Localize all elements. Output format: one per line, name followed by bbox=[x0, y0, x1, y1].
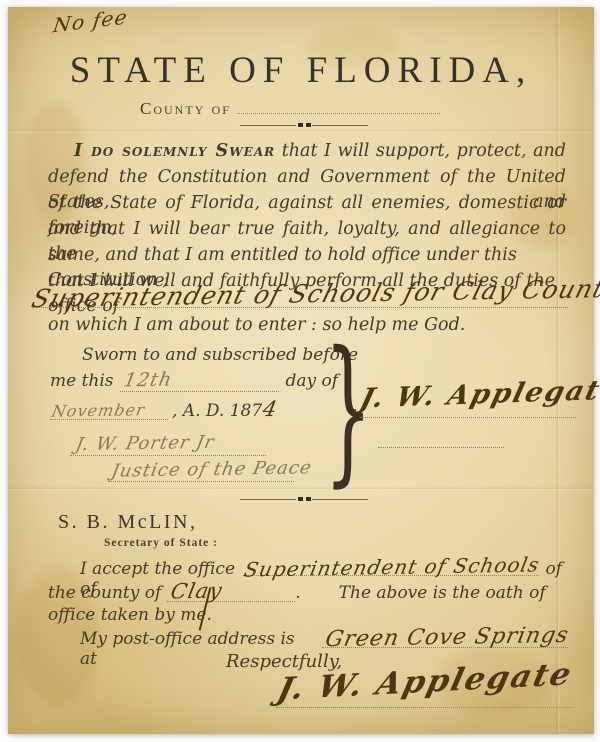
officer-signature: J. W. Porter Jr bbox=[74, 434, 216, 454]
acceptance-line-3: office taken by me. bbox=[48, 605, 212, 625]
day-entry: 12th bbox=[122, 371, 174, 391]
signature-blank-line bbox=[378, 435, 504, 448]
county-pre-label: the county of bbox=[48, 583, 161, 603]
county-line: County of bbox=[140, 95, 440, 119]
county-post-label: The above is the oath of bbox=[339, 583, 546, 603]
county-of-label: County of bbox=[140, 99, 231, 119]
county-blank-line bbox=[237, 95, 440, 114]
document-title: STATE OF FLORIDA, bbox=[8, 49, 594, 92]
address-blank: Green Cove Springs bbox=[322, 625, 568, 648]
divider-dot bbox=[298, 497, 303, 501]
final-signature: J. W. Applegate bbox=[274, 659, 575, 705]
divider-rule bbox=[312, 499, 368, 500]
me-this-label: me this bbox=[50, 371, 114, 391]
jurat-line-1: Sworn to and subscribed before bbox=[82, 345, 358, 365]
year-printed-label: , A. D. 187 bbox=[172, 401, 262, 421]
accept-post-label: of bbox=[545, 559, 562, 579]
office-written-entry: Superintendent of Schools for Clay Count… bbox=[29, 276, 600, 311]
month-blank-line: November bbox=[50, 399, 168, 420]
county-blank: Clay bbox=[167, 581, 295, 602]
day-blank-line: 12th bbox=[120, 371, 280, 392]
divider-rule bbox=[312, 125, 368, 126]
officer-title: Justice of the Peace bbox=[110, 459, 314, 480]
fold-crease bbox=[8, 129, 594, 133]
divider-rule bbox=[240, 499, 296, 500]
ornament-divider bbox=[240, 123, 368, 127]
divider-rule bbox=[240, 125, 296, 126]
final-signature-line: J. W. Applegate bbox=[276, 663, 572, 708]
oath-lead: I do solemnly Swear bbox=[74, 141, 275, 161]
ornament-divider bbox=[240, 497, 368, 501]
oath-line-text: that I will support, protect, and bbox=[282, 141, 566, 161]
office-accept-entry: Superintendent of Schools bbox=[243, 554, 542, 579]
officer-title-line: Justice of the Peace bbox=[108, 457, 294, 482]
oath-line: I do solemnly Swear that I will support,… bbox=[48, 139, 566, 164]
secretary-name: S. B. McLIN, bbox=[58, 511, 197, 534]
divider-dot bbox=[306, 123, 311, 127]
divider-dot bbox=[298, 123, 303, 127]
acceptance-line-2: the county of Clay . The above is the oa… bbox=[48, 581, 562, 603]
affiant-signature-line: J. W. Applegate bbox=[360, 381, 576, 418]
oath-closing: on which I am about to enter : so help m… bbox=[48, 313, 566, 338]
scanned-document-page: { "document": { "annotation": "No fee", … bbox=[0, 0, 600, 742]
jurat-line-2: me this 12th day of bbox=[50, 371, 338, 392]
document-paper: No fee STATE OF FLORIDA, County of I do … bbox=[8, 7, 594, 734]
secretary-title: Secretary of State : bbox=[104, 537, 218, 549]
officer-signature-line: J. W. Porter Jr bbox=[70, 431, 266, 456]
office-entry-line: Superintendent of Schools for Clay Count… bbox=[32, 275, 568, 308]
address-entry: Green Cove Springs bbox=[323, 625, 570, 651]
month-entry: November bbox=[50, 402, 146, 420]
divider-dot bbox=[306, 497, 311, 501]
county-entry: Clay bbox=[169, 581, 224, 603]
year-entry: 4 bbox=[261, 399, 280, 420]
office-accept-blank: Superintendent of Schools bbox=[243, 555, 539, 576]
period-label: . bbox=[295, 583, 300, 603]
fold-crease bbox=[8, 487, 594, 491]
no-fee-annotation: No fee bbox=[52, 7, 129, 36]
jurat-line-3: November , A. D. 187 4 bbox=[50, 399, 318, 421]
affiant-signature: J. W. Applegate bbox=[357, 377, 600, 413]
